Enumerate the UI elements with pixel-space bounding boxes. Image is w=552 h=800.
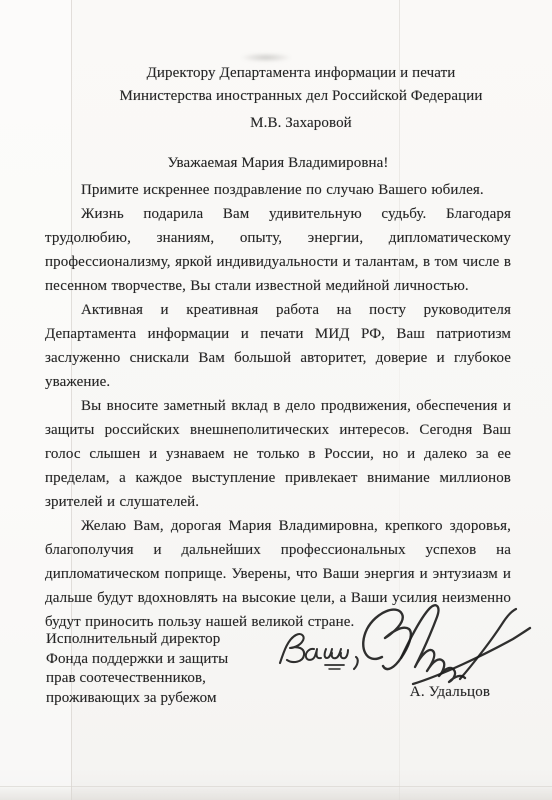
sender-title-line: проживающих за рубежом bbox=[46, 689, 286, 709]
letter-body: Примите искреннее поздравление по случаю… bbox=[45, 178, 511, 634]
scan-edge-bottom bbox=[0, 786, 552, 800]
sender-title-block: Исполнительный директор Фонда поддержки … bbox=[46, 630, 286, 708]
signature-flourish bbox=[363, 605, 530, 684]
sender-title-line: прав соотечественников, bbox=[46, 669, 286, 689]
letter-page: Директору Департамента информации и печа… bbox=[0, 0, 552, 800]
addressee-line: Министерства иностранных дел Российской … bbox=[96, 85, 506, 108]
signer-name: А. Удальцов bbox=[383, 684, 517, 701]
paragraph-contribution: Вы вносите заметный вклад в дело продвиж… bbox=[45, 394, 511, 514]
addressee-line: Директору Департамента информации и печа… bbox=[96, 62, 506, 85]
paragraph-biography: Жизнь подарила Вам удивительную судьбу. … bbox=[45, 202, 511, 298]
salutation: Уважаемая Мария Владимировна! bbox=[45, 153, 511, 173]
paragraph-congratulation: Примите искреннее поздравление по случаю… bbox=[45, 178, 511, 202]
addressee-name: М.В. Захаровой bbox=[96, 112, 506, 135]
paragraph-work: Активная и креативная работа на посту ру… bbox=[45, 298, 511, 394]
handwritten-vash bbox=[280, 634, 358, 669]
sender-title-line: Исполнительный директор bbox=[46, 630, 286, 650]
addressee-block: Директору Департамента информации и печа… bbox=[96, 62, 506, 135]
scan-ink-smudge bbox=[240, 53, 292, 62]
sender-title-line: Фонда поддержки и защиты bbox=[46, 650, 286, 670]
